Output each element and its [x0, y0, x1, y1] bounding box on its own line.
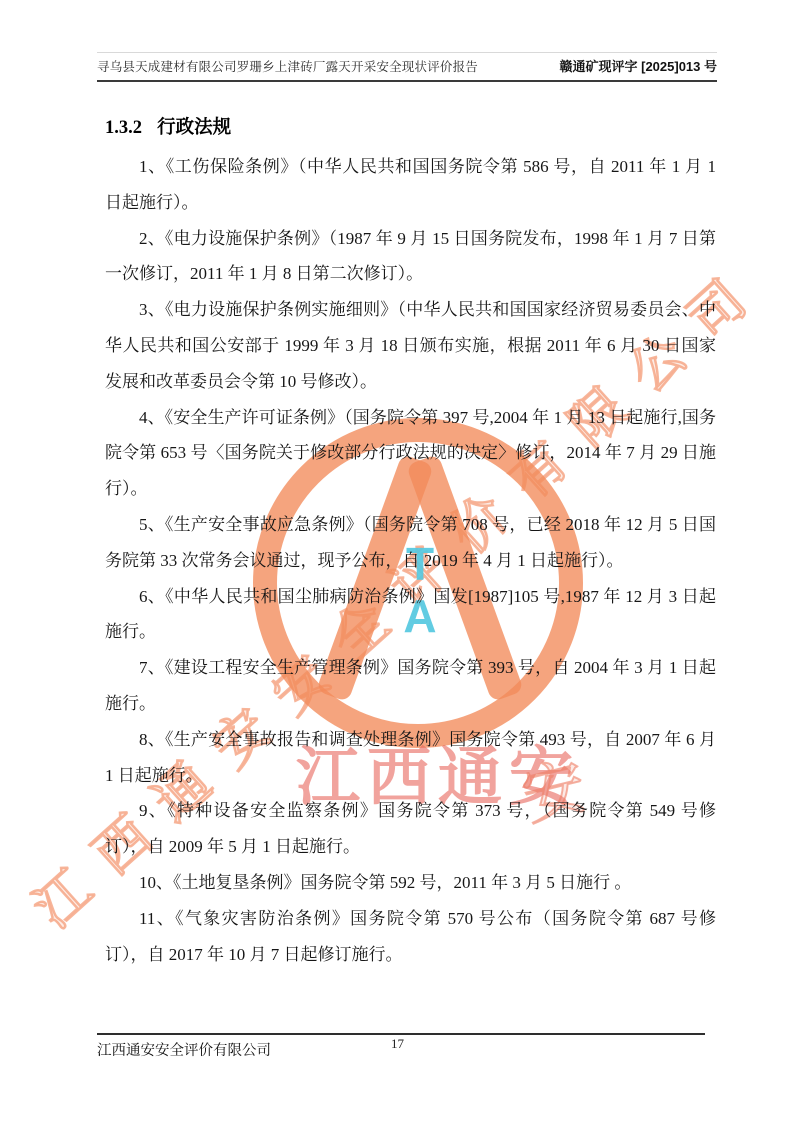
regulation-item-10: 10、《土地复垦条例》国务院令第 592 号，2011 年 3 月 5 日施行 …	[105, 865, 716, 901]
regulation-item-6: 6、《中华人民共和国尘肺病防治条例》国发[1987]105 号,1987 年 1…	[105, 579, 716, 651]
header-report-title: 寻乌县天成建材有限公司罗珊乡上津砖厂露天开采安全现状评价报告	[97, 57, 478, 75]
section-number: 1.3.2	[105, 118, 142, 138]
page-number: 17	[391, 1036, 404, 1052]
footer-rule	[97, 1033, 705, 1035]
page-footer: 江西通安安全评价有限公司 17	[0, 1033, 793, 1073]
document-page: 江西通安安全评价有限公司 T A 江西通安 安 寻乌县天成建材有限公司罗珊乡上津…	[0, 0, 793, 1122]
regulation-item-1: 1、《工伤保险条例》（中华人民共和国国务院令第 586 号，自 2011 年 1…	[105, 149, 716, 221]
header-document-code: 赣通矿现评字 [2025]013 号	[560, 56, 718, 75]
section-title: 行政法规	[157, 116, 231, 137]
regulation-item-4: 4、《安全生产许可证条例》（国务院令第 397 号,2004 年 1 月 13 …	[105, 400, 716, 507]
section-heading: 1.3.2 行政法规	[105, 114, 716, 141]
regulation-item-11: 11、《气象灾害防治条例》国务院令第 570 号公布（国务院令第 687 号修订…	[105, 901, 716, 973]
regulation-item-7: 7、《建设工程安全生产管理条例》国务院令第 393 号，自 2004 年 3 月…	[105, 650, 716, 722]
regulation-item-2: 2、《电力设施保护条例》（1987 年 9 月 15 日国务院发布，1998 年…	[105, 221, 716, 293]
regulation-item-5: 5、《生产安全事故应急条例》（国务院令第 708 号，已经 2018 年 12 …	[105, 507, 716, 579]
regulation-item-8: 8、《生产安全事故报告和调查处理条例》国务院令第 493 号，自 2007 年 …	[105, 722, 716, 794]
regulation-item-9: 9、《特种设备安全监察条例》国务院令第 373 号，（国务院令第 549 号修订…	[105, 793, 716, 865]
regulation-item-3: 3、《电力设施保护条例实施细则》（中华人民共和国国家经济贸易委员会、中华人民共和…	[105, 292, 716, 399]
page-body: 1.3.2 行政法规 1、《工伤保险条例》（中华人民共和国国务院令第 586 号…	[105, 114, 716, 972]
footer-company-name: 江西通安安全评价有限公司	[97, 1039, 271, 1060]
page-header: 寻乌县天成建材有限公司罗珊乡上津砖厂露天开采安全现状评价报告 赣通矿现评字 [2…	[97, 52, 717, 82]
